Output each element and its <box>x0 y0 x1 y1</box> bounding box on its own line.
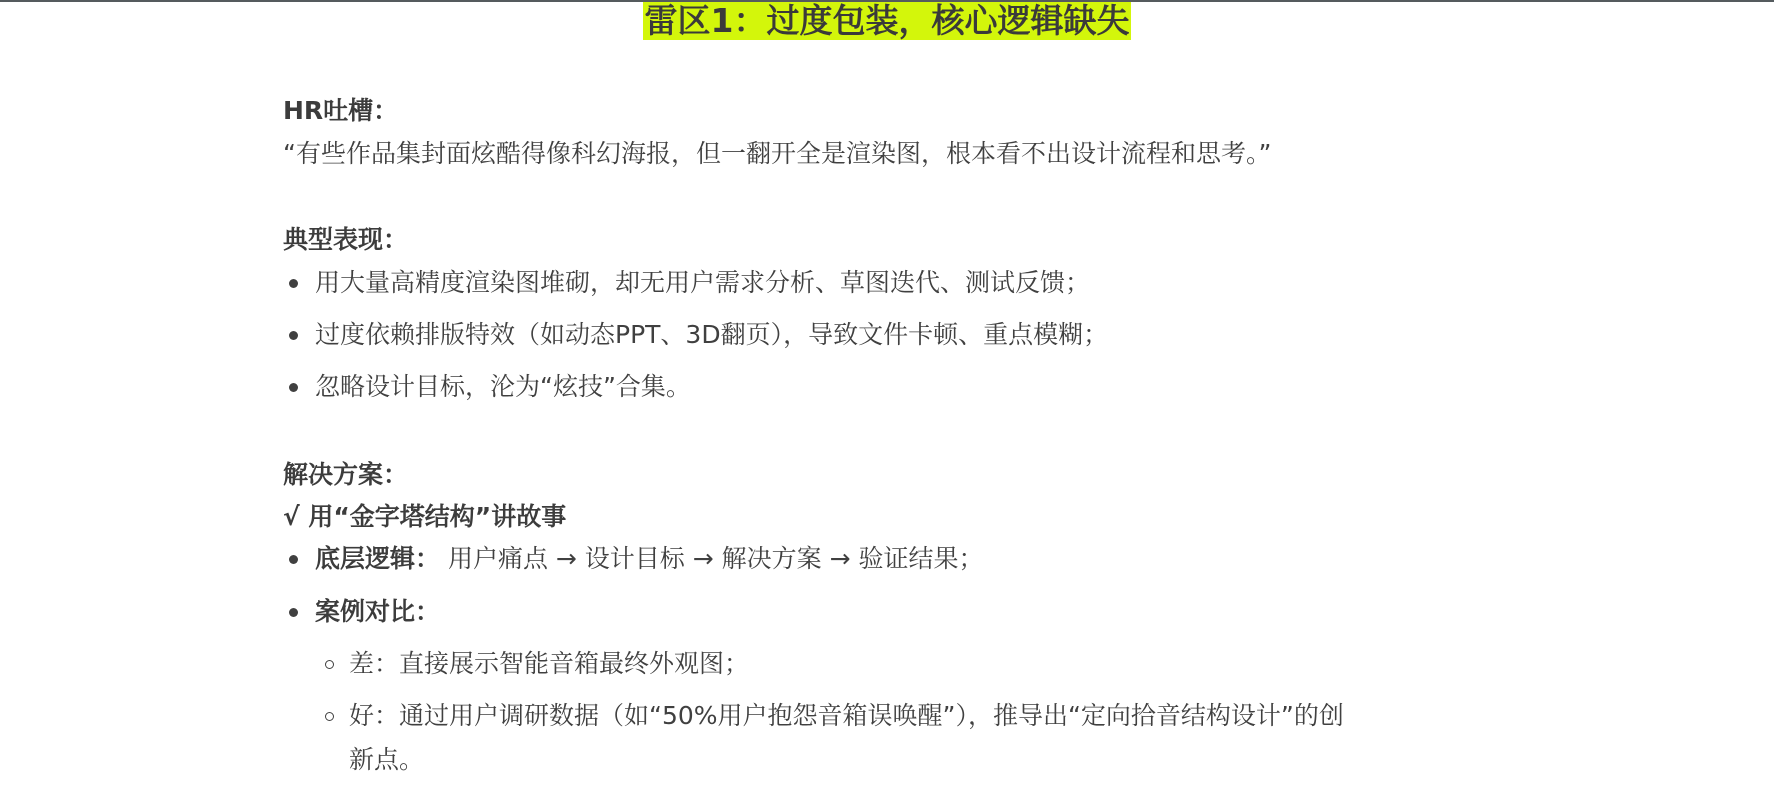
solution-heading: 解决方案： <box>283 459 408 491</box>
bullet-icon <box>289 383 298 392</box>
bullet-icon <box>289 331 298 340</box>
list-item-label: 底层逻辑： <box>315 544 440 573</box>
list-item-text: 底层逻辑： 用户痛点 → 设计目标 → 解决方案 → 验证结果； <box>315 543 984 575</box>
list-item-text: 忽略设计目标，沦为“炫技”合集。 <box>315 371 691 403</box>
sub-list-item-text: 差：直接展示智能音箱最终外观图； <box>349 648 749 680</box>
typical-heading: 典型表现： <box>283 224 408 256</box>
hr-heading: HR吐槽： <box>283 95 398 127</box>
circle-bullet-icon <box>325 660 334 669</box>
title-container: 雷区1：过度包装，核心逻辑缺失 <box>0 2 1774 40</box>
bullet-icon <box>289 555 298 564</box>
circle-bullet-icon <box>325 712 334 721</box>
sub-list-item-text: 好：通过用户调研数据（如“50%用户抱怨音箱误唤醒”），推导出“定向拾音结构设计… <box>349 700 1344 732</box>
section-title: 雷区1：过度包装，核心逻辑缺失 <box>643 1 1132 40</box>
solution-subheading: √ 用“金字塔结构”讲故事 <box>283 501 566 533</box>
sub-list-item-text-continued: 新点。 <box>349 744 424 776</box>
bullet-icon <box>289 279 298 288</box>
list-item-text: 用大量高精度渲染图堆砌，却无用户需求分析、草图迭代、测试反馈； <box>315 267 1090 299</box>
list-item-label: 案例对比： <box>315 596 440 628</box>
list-item-body: 用户痛点 → 设计目标 → 解决方案 → 验证结果； <box>440 544 983 573</box>
bullet-icon <box>289 608 298 617</box>
hr-quote: “有些作品集封面炫酷得像科幻海报，但一翻开全是渲染图，根本看不出设计流程和思考。… <box>283 138 1271 170</box>
list-item-text: 过度依赖排版特效（如动态PPT、3D翻页），导致文件卡顿、重点模糊； <box>315 319 1108 351</box>
